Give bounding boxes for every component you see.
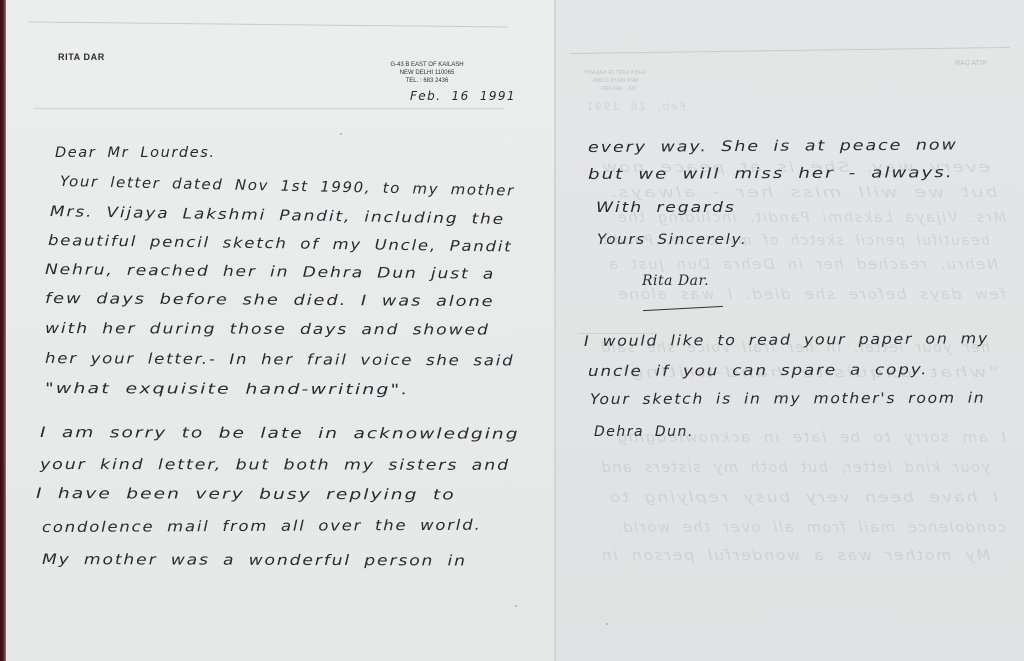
letterhead-name: RITA DAR bbox=[58, 52, 105, 62]
bleed-date: Feb. 16 1991 bbox=[585, 100, 686, 113]
address-line: G-43 B EAST OF KAILASH bbox=[372, 61, 482, 69]
bleed-address-line: TEL. : 683 2436 bbox=[601, 86, 637, 93]
salutation: Dear Mr Lourdes. bbox=[55, 145, 216, 161]
handwritten-line: her your letter.- In her frail voice she… bbox=[45, 351, 515, 369]
bleed-line: I have been very busy replying to bbox=[608, 490, 998, 506]
letterhead-address: G-43 B EAST OF KAILASH NEW DELHI 110065 … bbox=[372, 61, 482, 85]
paper-speck bbox=[606, 623, 608, 625]
handwritten-line: uncle if you can spare a copy. bbox=[588, 362, 928, 380]
handwritten-line: Yours Sincerely. bbox=[597, 232, 747, 248]
bleed-line: few days before she died. I was alone bbox=[617, 287, 1006, 303]
handwritten-line: I am sorry to be late in acknowledging bbox=[40, 425, 520, 443]
handwritten-line: With regards bbox=[596, 200, 736, 216]
handwritten-line: with her during those days and showed bbox=[45, 321, 490, 339]
handwritten-line: "what exquisite hand-writing". bbox=[45, 381, 409, 398]
letter-date: Feb. 16 1991 bbox=[410, 89, 516, 103]
bleed-line: My mother was a wonderful person in bbox=[600, 548, 990, 564]
bleed-line: Nehru, reached her in Dehra Dun just a bbox=[608, 257, 998, 273]
letter-photo: RITA DAR G-43 B EAST OF KAILASH NEW DELH… bbox=[0, 0, 1024, 661]
handwritten-line: I have been very busy replying to bbox=[36, 486, 456, 503]
handwritten-line: condolence mail from all over the world. bbox=[42, 518, 482, 536]
bleed-line: condolence mail from all over the world. bbox=[616, 520, 1006, 536]
bleed-letterhead-name: RITA DAR bbox=[955, 60, 987, 67]
handwritten-line: I would like to read your paper on my bbox=[584, 331, 989, 350]
handwritten-line: but we will miss her - always. bbox=[588, 165, 954, 183]
signature: Rita Dar. bbox=[642, 273, 709, 289]
handwritten-line: Your sketch is in my mother's room in bbox=[590, 391, 985, 408]
bleed-address-line: G-43 B EAST OF KAILASH bbox=[585, 70, 646, 77]
bleed-address-line: NEW DELHI 110065 bbox=[593, 78, 638, 85]
handwritten-line: every way. She is at peace now bbox=[588, 137, 958, 156]
bleed-line: but we will miss her - always. bbox=[608, 185, 998, 201]
handwritten-line: few days before she died. I was alone bbox=[45, 291, 495, 310]
letterhead-bottom-rule bbox=[34, 108, 504, 109]
handwritten-line: My mother was a wonderful person in bbox=[42, 552, 467, 569]
address-line: TEL. : 683 2436 bbox=[372, 77, 482, 85]
bleed-line: your kind letter, but both my sisters an… bbox=[600, 460, 990, 476]
handwritten-line: your kind letter, but both my sisters an… bbox=[40, 457, 510, 474]
handwritten-line: Dehra Dun. bbox=[594, 424, 694, 440]
paper-speck bbox=[340, 133, 342, 135]
paper-speck bbox=[515, 605, 517, 607]
address-line: NEW DELHI 110065 bbox=[372, 69, 482, 77]
